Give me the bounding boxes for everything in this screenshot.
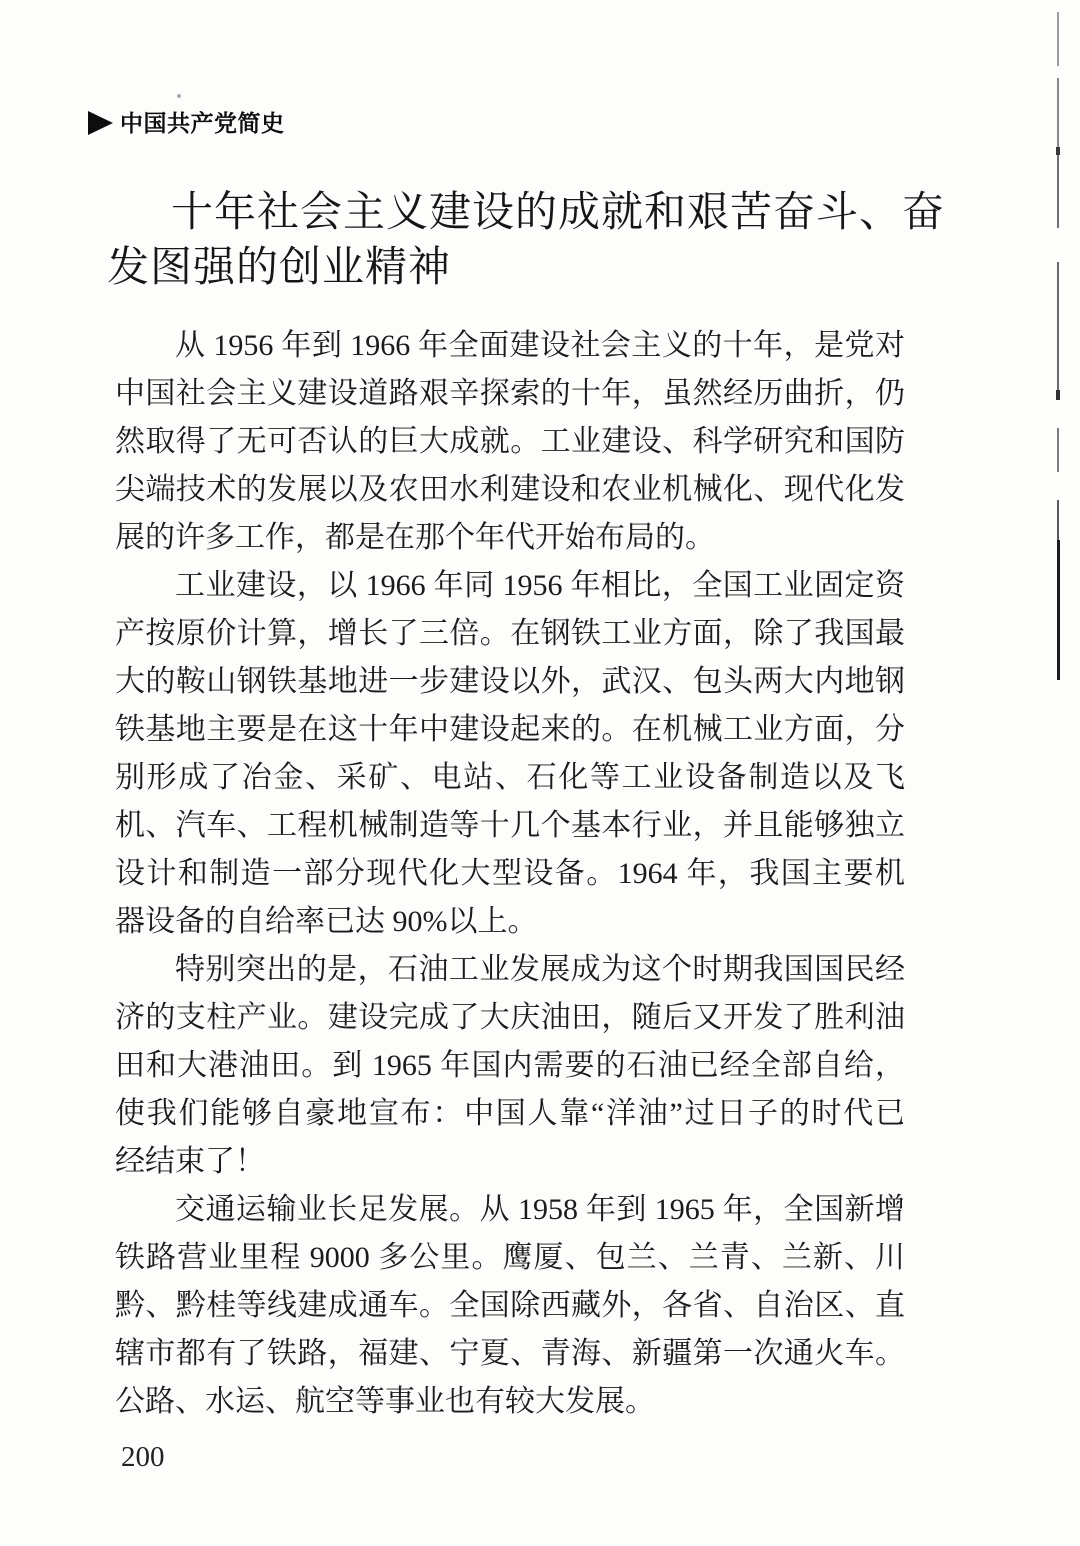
body-line: 设计和制造一部分现代化大型设备。1964 年，我国主要机 xyxy=(115,850,905,898)
scan-speck xyxy=(177,94,181,98)
scan-line-artifact xyxy=(1057,150,1059,228)
body-line: 尖端技术的发展以及农田水利建设和农业机械化、现代化发 xyxy=(115,466,905,514)
body-line: 黔、黔桂等线建成通车。全国除西藏外，各省、自治区、直 xyxy=(115,1282,905,1330)
body-line: 工业建设，以 1966 年同 1956 年相比，全国工业固定资 xyxy=(115,562,905,610)
title-line: 发图强的创业精神 xyxy=(107,241,1007,296)
body-text: 从 1956 年到 1966 年全面建设社会主义的十年，是党对中国社会主义建设道… xyxy=(115,322,905,1426)
body-line: 器设备的自给率已达 90%以上。 xyxy=(115,898,905,946)
body-line: 使我们能够自豪地宣布：中国人靠“洋油”过日子的时代已 xyxy=(115,1090,905,1138)
body-line: 展的许多工作，都是在那个年代开始布局的。 xyxy=(115,514,905,562)
right-triangle-icon xyxy=(88,111,113,135)
body-line: 铁路营业里程 9000 多公里。鹰厦、包兰、兰青、兰新、川 xyxy=(115,1234,905,1282)
body-line: 大的鞍山钢铁基地进一步建设以外，武汉、包头两大内地钢 xyxy=(115,658,905,706)
body-line: 从 1956 年到 1966 年全面建设社会主义的十年，是党对 xyxy=(115,322,905,370)
scan-line-artifact xyxy=(1057,12,1059,66)
body-line: 公路、水运、航空等事业也有较大发展。 xyxy=(115,1378,905,1426)
body-line: 中国社会主义建设道路艰辛探索的十年，虽然经历曲折，仍 xyxy=(115,370,905,418)
body-line: 经结束了！ xyxy=(115,1138,905,1186)
body-line: 产按原价计算，增长了三倍。在钢铁工业方面，除了我国最 xyxy=(115,610,905,658)
page-number: 200 xyxy=(121,1441,165,1474)
scan-line-artifact xyxy=(1057,78,1059,150)
body-line: 别形成了冶金、采矿、电站、石化等工业设备制造以及飞 xyxy=(115,754,905,802)
body-line: 田和大港油田。到 1965 年国内需要的石油已经全部自给， xyxy=(115,1042,905,1090)
running-head: 中国共产党简史 xyxy=(88,110,285,136)
title-line: 十年社会主义建设的成就和艰苦奋斗、奋 xyxy=(107,186,1007,241)
body-line: 铁基地主要是在这十年中建设起来的。在机械工业方面，分 xyxy=(115,706,905,754)
body-line: 特别突出的是，石油工业发展成为这个时期我国国民经 xyxy=(115,946,905,994)
body-line: 然取得了无可否认的巨大成就。工业建设、科学研究和国防 xyxy=(115,418,905,466)
scan-line-artifact xyxy=(1056,390,1060,400)
scan-line-artifact xyxy=(1056,147,1060,155)
book-title: 中国共产党简史 xyxy=(120,110,285,136)
scan-line-artifact xyxy=(1057,540,1060,680)
scan-line-artifact xyxy=(1057,262,1059,398)
section-title: 十年社会主义建设的成就和艰苦奋斗、奋发图强的创业精神 xyxy=(107,186,1007,296)
body-line: 辖市都有了铁路，福建、宁夏、青海、新疆第一次通火车。 xyxy=(115,1330,905,1378)
body-line: 交通运输业长足发展。从 1958 年到 1965 年，全国新增 xyxy=(115,1186,905,1234)
body-line: 机、汽车、工程机械制造等十几个基本行业，并且能够独立 xyxy=(115,802,905,850)
body-line: 济的支柱产业。建设完成了大庆油田，随后又开发了胜利油 xyxy=(115,994,905,1042)
scan-line-artifact xyxy=(1057,428,1059,472)
book-page: 中国共产党简史 十年社会主义建设的成就和艰苦奋斗、奋发图强的创业精神 从 195… xyxy=(0,0,1080,1546)
